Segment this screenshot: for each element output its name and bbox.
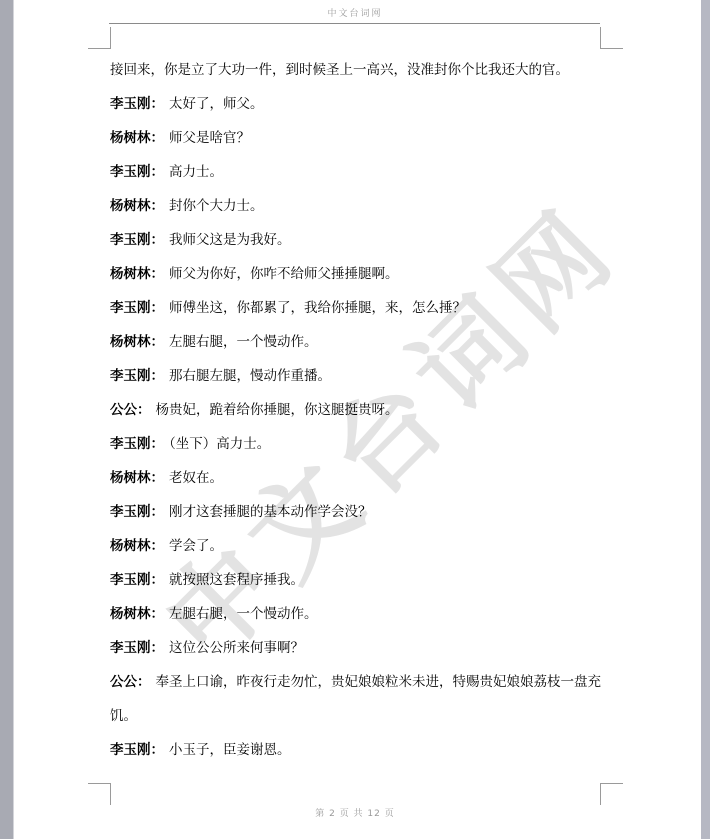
dialogue-paragraph: 杨树林：师父为你好，你咋不给师父捶捶腿啊。: [110, 257, 602, 291]
dialogue-paragraph: 杨树林：左腿右腿，一个慢动作。: [110, 597, 602, 631]
dialogue-text: （坐下）高力士。: [169, 436, 270, 452]
speaker-name: 杨树林：: [110, 266, 164, 282]
dialogue-paragraph: 李玉刚：小玉子，臣妾谢恩。: [110, 733, 602, 767]
document-body: 接回来，你是立了大功一件，到时候圣上一高兴，没准封你个比我还大的官。 李玉刚：太…: [110, 53, 602, 767]
dialogue-text: 左腿右腿，一个慢动作。: [169, 606, 318, 622]
dialogue-text: 刚才这套捶腿的基本动作学会没？: [169, 504, 372, 520]
page-number-footer: 第 2 页 共 12 页: [0, 806, 710, 819]
speaker-name: 李玉刚：: [110, 436, 164, 452]
dialogue-text: 奉圣上口谕，昨夜行走勿忙，贵妃娘娘粒米未进，特赐贵妃娘娘荔枝一盘充饥。: [110, 674, 601, 724]
window-right-edge: [701, 0, 710, 839]
dialogue-text: 接回来，你是立了大功一件，到时候圣上一高兴，没准封你个比我还大的官。: [110, 62, 569, 78]
dialogue-paragraph: 李玉刚：太好了，师父。: [110, 87, 602, 121]
dialogue-paragraph: 接回来，你是立了大功一件，到时候圣上一高兴，没准封你个比我还大的官。: [110, 53, 602, 87]
speaker-name: 李玉刚：: [110, 368, 164, 384]
speaker-name: 李玉刚：: [110, 572, 164, 588]
speaker-name: 李玉刚：: [110, 640, 164, 656]
dialogue-paragraph: 李玉刚：那右腿左腿，慢动作重播。: [110, 359, 602, 393]
speaker-name: 杨树林：: [110, 538, 164, 554]
speaker-name: 李玉刚：: [110, 232, 164, 248]
dialogue-paragraph: 杨树林：师父是啥官？: [110, 121, 602, 155]
dialogue-text: 师父是啥官？: [169, 130, 250, 146]
dialogue-text: 师傅坐这，你都累了，我给你捶腿，来，怎么捶？: [169, 300, 466, 316]
margin-crop-mark-top-left: [88, 27, 111, 49]
dialogue-paragraph: 公公：奉圣上口谕，昨夜行走勿忙，贵妃娘娘粒米未进，特赐贵妃娘娘荔枝一盘充饥。: [110, 665, 602, 733]
speaker-name: 杨树林：: [110, 130, 164, 146]
speaker-name: 杨树林：: [110, 470, 164, 486]
dialogue-text: 小玉子，臣妾谢恩。: [169, 742, 291, 758]
dialogue-paragraph: 杨树林：学会了。: [110, 529, 602, 563]
speaker-name: 李玉刚：: [110, 504, 164, 520]
window-left-edge: [0, 0, 14, 839]
dialogue-text: 师父为你好，你咋不给师父捶捶腿啊。: [169, 266, 399, 282]
header-rule-line: [109, 23, 600, 24]
speaker-name: 李玉刚：: [110, 164, 164, 180]
speaker-name: 李玉刚：: [110, 96, 164, 112]
dialogue-text: 太好了，师父。: [169, 96, 264, 112]
speaker-name: 李玉刚：: [110, 742, 164, 758]
dialogue-text: 就按照这套程序捶我。: [169, 572, 304, 588]
dialogue-paragraph: 李玉刚：我师父这是为我好。: [110, 223, 602, 257]
document-viewer: { "header": { "site_title": "中文台词网" }, "…: [0, 0, 710, 839]
dialogue-paragraph: 李玉刚：这位公公所来何事啊？: [110, 631, 602, 665]
dialogue-paragraph: 杨树林：左腿右腿，一个慢动作。: [110, 325, 602, 359]
dialogue-text: 老奴在。: [169, 470, 223, 486]
dialogue-text: 杨贵妃，跪着给你捶腿，你这腿挺贵呀。: [156, 402, 399, 418]
dialogue-text: 我师父这是为我好。: [169, 232, 291, 248]
dialogue-paragraph: 李玉刚：高力士。: [110, 155, 602, 189]
dialogue-text: 这位公公所来何事啊？: [169, 640, 304, 656]
dialogue-paragraph: 李玉刚：就按照这套程序捶我。: [110, 563, 602, 597]
dialogue-paragraph: 杨树林：封你个大力士。: [110, 189, 602, 223]
speaker-name: 杨树林：: [110, 334, 164, 350]
speaker-name: 李玉刚：: [110, 300, 164, 316]
dialogue-paragraph: 公公：杨贵妃，跪着给你捶腿，你这腿挺贵呀。: [110, 393, 602, 427]
dialogue-text: 那右腿左腿，慢动作重播。: [169, 368, 331, 384]
dialogue-paragraph: 李玉刚：刚才这套捶腿的基本动作学会没？: [110, 495, 602, 529]
page-header-title: 中文台词网: [0, 6, 710, 19]
dialogue-text: 高力士。: [169, 164, 223, 180]
speaker-name: 公公：: [110, 674, 151, 690]
dialogue-text: 左腿右腿，一个慢动作。: [169, 334, 318, 350]
margin-crop-mark-bottom-left: [88, 783, 111, 805]
margin-crop-mark-top-right: [600, 27, 623, 49]
dialogue-text: 学会了。: [169, 538, 223, 554]
dialogue-paragraph: 李玉刚：（坐下）高力士。: [110, 427, 602, 461]
dialogue-text: 封你个大力士。: [169, 198, 264, 214]
speaker-name: 公公：: [110, 402, 151, 418]
dialogue-paragraph: 杨树林：老奴在。: [110, 461, 602, 495]
speaker-name: 杨树林：: [110, 198, 164, 214]
margin-crop-mark-bottom-right: [600, 783, 623, 805]
dialogue-paragraph: 李玉刚：师傅坐这，你都累了，我给你捶腿，来，怎么捶？: [110, 291, 602, 325]
speaker-name: 杨树林：: [110, 606, 164, 622]
